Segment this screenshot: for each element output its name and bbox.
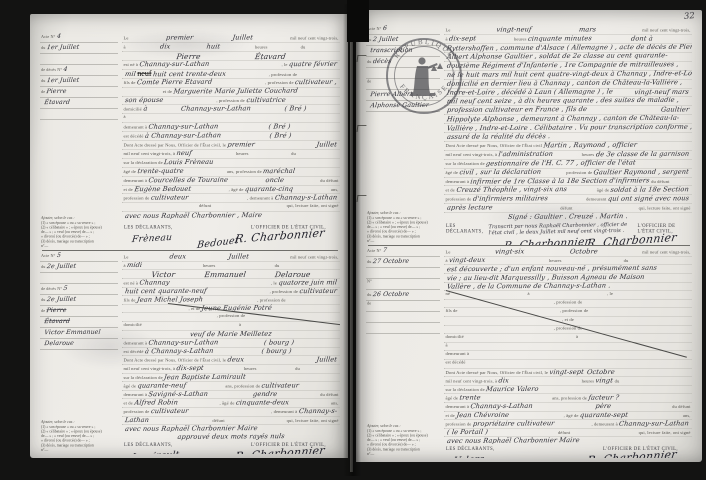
margin-label: du [41,79,45,84]
margin-line: de décès N°4 [40,65,118,76]
printed-text: est né à [124,280,139,285]
printed-text: du défunt [672,404,690,409]
printed-text: âgé de [446,170,458,175]
margin-value: 1er Juillet [46,76,79,84]
printed-text: heures [244,366,257,371]
form-line: né le huit mars mil huit cent quatre-vin… [444,70,692,79]
handwritten-text: assuré de la réalité du décès . [446,133,550,141]
record-acte-4: Acte N°4du1er Juilletde décès N°4du1er J… [40,32,340,250]
handwritten-text: maréchal [263,167,296,175]
handwritten-text: Étavard [254,52,286,61]
handwritten-text: Octobre [570,248,599,256]
margin-value: Pierre [46,87,67,95]
margin-value: Étavard [44,98,71,106]
printed-text: à [527,291,529,296]
form-line: profession decultivateur, demeurant àCha… [122,408,340,417]
printed-text: à [124,114,126,119]
margin-footnote: Ajouter, selon le cas :(1) « son épouse … [40,420,118,454]
printed-text: du défunt [320,178,338,183]
handwritten-text: son épouse [124,96,163,104]
handwritten-text: ( bourg ) [264,339,295,347]
handwritten-text: vingt-deux [449,257,486,265]
form-line: Albert Alphonse Gaultier , soldat de 2e … [444,53,692,62]
handwritten-text: vingt-neuf [496,26,532,34]
handwritten-text: cultivateur , [295,78,338,86]
printed-text: défunt [558,430,570,435]
form-line: et deEugène Bedouet, âgé dequarante-cinq… [122,185,340,194]
margin-value: Pierre [46,306,67,314]
declarant-signature: Lamirault [131,449,180,454]
handwritten-text: Channay-sur-Lathan [139,61,210,69]
printed-text: , et de [562,317,574,322]
handwritten-text: Comte Pierre Étavard [137,78,213,86]
footnote-line: n°— [367,451,437,456]
margin-label: de [367,79,371,84]
form-line: sur la déclaration deLouis Frèneau [122,159,340,168]
record-acte-7: Acte N°7du27 OctobreN°du26 Octobrede Ajo… [366,246,692,458]
officer-signature: R. Charbonnier [234,227,325,246]
margin-line: Acte N°6 [366,24,440,35]
form-line: est décédé [444,360,692,369]
form-line: vie ; au lieu-dit Marquessilly , Buisson… [444,274,692,283]
declarant-signature: A. Robin [196,452,240,454]
form-line: avec nous Raphaël Charbonnier Maire [444,437,692,445]
handwritten-text: Indre-et-Loire , décédé à Laun ( Allemag… [446,88,613,96]
ink-bleed-smudge [481,200,631,235]
printed-text: et de [124,187,133,192]
margin-line: dePierre [40,87,118,98]
scanned-register-viewport: Acte N°4du1er Juilletde décès N°4du1er J… [0,0,706,480]
handwritten-text: dix [498,377,509,385]
margin-line [366,323,440,334]
form-line: LedeuxJuilletmil neuf cent vingt-trois, [122,253,340,262]
margin-line: de [366,301,440,312]
handwritten-text: ( bourg ) [261,348,292,356]
form-line: , profession de [444,325,692,334]
margin-line: Étavard [40,98,118,109]
form-line: demeurant àinfirmier de 1re Classe à la … [444,177,692,186]
printed-text: qui, lecture faite, ont signé [287,418,339,423]
handwritten-text: Vallère , de la Commune de Channay-s-Lat… [446,282,611,290]
form-line: est décédéà Channay-sur-Lathan( Bré ) [122,132,340,141]
printed-text: heures [582,378,595,383]
printed-text: mil neuf cent vingt-trois, à [124,366,176,371]
form-line: sur la déclaration deMaurice Valero [444,386,692,395]
printed-text: demeurant à [446,404,470,409]
form-line: , et deJeune Eugénie Potré [122,305,340,314]
register-page-right: Acte N°6du2 Juillettranscriptiondudécèsd… [356,10,702,462]
handwritten-text: dix-sept [176,365,204,373]
signatures: ValeroChévroineR. Charbonnier [444,452,692,458]
printed-text: heures [203,263,216,268]
handwritten-text: vingt-sept [549,368,584,376]
handwritten-text: vie ; au lieu-dit Marquessilly , Buisson… [446,274,645,282]
printed-text: du [291,151,296,156]
printed-text: demeurant à [446,179,470,184]
form-line: ( le Portail )défuntqui, lecture faite, … [444,428,692,437]
handwritten-text: Louis Frèneau [164,159,214,167]
printed-text: Le [446,250,451,255]
printed-text: est né à [124,62,139,67]
form-line: mil neuf cent vingt-trois, àneufheuresdu [122,150,340,159]
printed-text: heures [549,258,562,263]
record-margin: Acte N°7du27 OctobreN°du26 Octobrede Ajo… [366,246,440,458]
handwritten-text: Juillet [316,141,337,149]
printed-text: ans, [331,401,339,406]
handwritten-text: deux [227,356,245,364]
handwritten-text: trente [459,394,481,402]
form-line: à [122,114,340,123]
printed-text: Le [124,255,129,260]
form-line: avec nous Raphaël Charbonnier , Maire [122,212,340,220]
declarant-signature: Frèneau [131,232,173,245]
form-line: Levingt-neufmarsmil neuf cent vingt-troi… [444,26,692,35]
printed-text: qui, lecture faite, ont signé [639,430,691,435]
margin-line: du26 Octobre [366,290,440,301]
book-spine-shadow [343,4,361,476]
printed-text: à [446,343,448,348]
handwritten-text: mil neuf cent seize , à dix heures quara… [446,97,679,105]
handwritten-text: ( le Portail ) [446,428,488,436]
printed-text: , demeurant à [247,196,273,201]
printed-text: , demeurant à [592,421,618,426]
printed-text: , profession de [270,289,298,294]
printed-text: mil neuf cent vingt-trois, à [124,151,176,156]
printed-text: , le [271,280,277,285]
form-line: demeurant à [444,351,692,360]
margin-line [366,312,440,323]
margin-footnote: Ajouter, selon le cas :(1) « son épouse … [366,211,440,245]
handwritten-text: douzième Régiment d'Infanterie , 1re Com… [446,62,679,70]
handwritten-text: Channay-s- [298,408,337,416]
handwritten-text: mil [124,71,136,79]
form-line: demeurant àChannay-sur-Lathan( Bré ) [122,123,340,132]
page-number: 32 [684,10,696,21]
form-line: fils deComte Pierre Étavard, profession … [122,78,340,87]
handwritten-text: cultivateur [150,194,189,202]
printed-text: défunt [212,418,224,423]
printed-text: demeurant à [124,178,148,183]
margin-label: du [41,298,45,303]
handwritten-text: Maurice Valero [486,386,540,394]
margin-line: du1er Juillet [40,76,118,87]
handwritten-text: quarante-neuf [137,382,187,390]
margin-line: du2e Juillet [40,295,118,306]
official-seal-stamp: RÉPUBLIQUE FRANÇAISE [384,36,464,116]
printed-text: , le [282,62,288,67]
margin-label: du [41,265,45,270]
form-line: Hippolyte Alphonse , demeurant à Channay… [444,115,692,124]
footnote-line: n°— [367,238,437,243]
form-line: fils de, profession de [444,308,692,317]
form-line: approuvé deux mots rayés nuls [122,433,340,441]
register-page-left: Acte N°4du1er Juilletde décès N°4du1er J… [30,14,348,458]
margin-line: du2e Juillet [40,262,118,273]
handwritten-text: approuvé deux mots rayés nuls [177,433,285,441]
form-line: huit cent quarante-neuf, profession decu… [122,287,340,296]
margin-label: de décès N° [41,287,62,292]
handwritten-text: profession cultivateur en France , fils … [446,106,587,114]
handwritten-text: quatre février [288,61,337,69]
form-line: domiciliéàChannay-sur-Lathan( Bré ) [122,105,340,114]
printed-text: profession de [446,197,472,202]
handwritten-text: infirmier de 1re Classe à la 18e Section… [470,177,650,185]
margin-value: 4 [56,32,61,40]
handwritten-text: ( Bré ) [284,105,307,113]
margin-value: 4 [63,65,68,73]
handwritten-text: domicilié en dernier lieu à Channay , ca… [446,79,682,87]
margin-value: 2e Juillet [46,295,76,303]
handwritten-text: vingt-six [494,248,524,256]
handwritten-text: Juillet [228,253,249,261]
handwritten-text: l'administration [498,151,554,159]
printed-text: Dont Acte dressé par Nous, Officier de l… [446,143,543,148]
form-line: douzième Régiment d'Infanterie , 1re Com… [444,62,692,71]
handwritten-text: trente-quatre [137,167,184,175]
margin-lines: Acte N°7du27 OctobreN°du26 Octobrede [366,246,440,334]
handwritten-text: cultivateur [299,287,338,295]
margin-value: 5 [56,251,61,259]
printed-text: heures [514,36,527,41]
margin-line: du1er Juillet [40,43,118,54]
handwritten-text: quarante-cinq [245,185,294,193]
margin-line [366,268,440,279]
printed-text: à [124,263,126,268]
printed-text: heures [255,44,268,49]
margin-label: N° [367,279,372,284]
handwritten-text: Ryttershoffen , commune d'Alsace ( Allem… [446,44,692,52]
printed-text: mil neuf cent vingt-trois, [290,255,338,260]
form-line: à [444,343,692,352]
form-line: sur la déclaration degestionnaire de l'H… [444,159,692,168]
handwritten-text: Octobre [586,368,615,376]
form-line: est découverte ; d'un enfant nouveau-né … [444,265,692,274]
handwritten-text: Marguerite Marie Juliette Couchard [173,87,298,95]
margin-line [40,273,118,284]
handwritten-text: cinquante-deux [235,399,289,407]
form-line: Dont Acte dressé par Nous, Officier de l… [444,142,692,151]
margin-line: dePierre [40,306,118,317]
printed-text: , le [607,291,613,296]
printed-text: Dont Acte dressé par Nous, Officier de l… [446,370,549,375]
body-lines: LepremierJuilletmil neuf cent vingt-troi… [122,32,340,250]
printed-text: du [615,378,620,383]
printed-text: , âgé de [229,187,244,192]
printed-text: ans, profession de [227,169,262,174]
handwritten-text: Victor [151,270,176,279]
handwritten-text: ( Bré ) [268,123,291,131]
record-margin: Acte N°4du1er Juilletde décès N°4du1er J… [40,32,118,250]
handwritten-text: facteur ? [588,394,620,402]
handwritten-text: Martin , Raymond , officier [543,142,637,150]
form-line: défuntqui, lecture faite, ont signé [122,203,340,212]
printed-text: du [624,258,629,263]
handwritten-text: Channay-sur-Lathan [148,123,219,131]
printed-text: demeurant à [446,351,470,356]
margin-label: de décès N° [41,68,62,73]
printed-text: profession de [124,409,150,414]
signatures: R. CharbonnierR. Charbonnier [444,234,692,245]
margin-value: 27 Octobre [372,257,409,265]
handwritten-text: neuf [176,150,192,158]
margin-value: 6 [382,24,387,32]
margin-label: Acte N° [41,35,55,40]
form-line: et deMarguerite Marie Juliette Couchard [122,87,340,96]
printed-text: domicilié [124,107,142,112]
form-line: âgé detrente-quatreans, profession demar… [122,167,340,176]
form-line: àvingt-deuxheuresdu [444,257,692,266]
form-line: est né àChannay-sur-Lathan, lequatre fév… [122,61,340,70]
printed-text: âgé de [597,188,609,193]
printed-text: profession de [124,196,150,201]
handwritten-text: Lathan [124,416,149,424]
handwritten-text: de 3e classe de la garnison [595,151,689,159]
declarant-signature: Valero [453,454,485,458]
form-line: demeurant àSavigné-s-Lathangendredu défu… [122,391,340,400]
printed-text: mil neuf cent vingt-trois, [290,36,338,41]
ink-bleed-smudge [60,324,160,369]
printed-text: fils de [446,308,458,313]
printed-text: à [239,322,241,327]
form-line: àdix-septheurescinquante minutesdont à [444,35,692,44]
handwritten-text: huit cent trente-deux [152,70,226,78]
printed-text: demeurant à [124,124,148,129]
signatures: FrèneauBedouetR. Charbonnier [122,230,340,250]
form-line: fils deJean Michel Joseph, profession de [122,296,340,305]
margin-line [40,54,118,65]
form-line: est né àChannay, lequatorze juin mil [122,279,340,288]
handwritten-text: veuf de Marie Meilletez [190,330,273,338]
form-line: assuré de la réalité du décès . [444,133,692,142]
handwritten-text: cultivatrice [246,96,286,104]
body-lines: Levingt-sixOctobremil neuf cent vingt-tr… [444,246,692,458]
handwritten-text: avec nous Raphaël Charbonnier , Maire [124,212,262,220]
printed-text: du défunt [651,179,669,184]
handwritten-text: Gaultier [660,106,689,114]
printed-text: , profession de [265,80,293,85]
printed-text: ans, profession de [552,396,587,401]
handwritten-text: quatorze juin mil [278,279,338,287]
printed-text: sur la déclaration de [124,375,163,380]
form-line: profession cultivateur en France , fils … [444,106,692,115]
handwritten-text: né le huit mars mil huit cent quatre-vin… [446,70,692,78]
form-line: et deJean Chévroine, âgé dequarante-sept… [444,411,692,420]
handwritten-text: cultivateur [261,382,300,390]
form-line: et deCreuzé Théophile , vingt-six ansâgé… [444,186,692,195]
form-line: néà, le [444,291,692,300]
handwritten-text: Eugène Bedouet [134,185,192,193]
handwritten-text: midi [127,262,143,270]
handwritten-text: Savigné-s-Lathan [148,391,209,399]
printed-text: fils de [124,80,136,85]
margin-label: du [367,260,371,265]
handwritten-text: deux [169,253,187,261]
handwritten-text: à Channay-sur-Lathan [144,132,221,140]
form-line: Dont Acte dressé par Nous, Officier de l… [122,141,340,150]
handwritten-text: neuf [137,70,151,79]
printed-text: du [295,366,300,371]
margin-label: de [41,90,45,95]
printed-text: et de [124,401,133,406]
handwritten-text: premier [227,141,255,149]
margin-label: Acte N° [367,27,381,32]
form-line: Levingt-sixOctobremil neuf cent vingt-tr… [444,248,692,257]
form-line: âgé detrenteans, profession defacteur ? [444,394,692,403]
handwritten-text: Albert Alphonse Gaultier , soldat de 2e … [446,53,668,61]
printed-text: sur la déclaration de [124,160,163,165]
form-line: Dont Acte dressé par Nous, Officier de l… [444,368,692,377]
printed-text: , âgé de [220,401,235,406]
form-line: mil neuf cent seize , à dix heures quara… [444,97,692,106]
form-line: milneufhuit cent trente-deux, profession… [122,70,340,79]
handwritten-text: civil , sur la déclaration [459,168,542,176]
margin-footnote: Ajouter, selon le cas :(1) « son épouse … [366,424,440,458]
form-line: sur la déclaration deJean Baptiste Lamir… [122,373,340,382]
margin-line: Acte N°7 [366,246,440,257]
printed-text: demeurant à [124,392,148,397]
handwritten-text: huit cent quarante-neuf [124,287,207,295]
printed-text: profession de [566,170,592,175]
printed-text: qui, lecture faite, ont signé [287,203,339,208]
handwritten-text: cinquante minutes [528,35,593,43]
margin-value: 5 [63,284,68,292]
form-line: avec nous Raphaël Charbonnier Maire [122,425,340,433]
printed-text: du [301,44,306,49]
handwritten-text: vingt-neuf mars [634,88,689,96]
form-line: demeurant àCourcelles de Touraineoncledu… [122,176,340,185]
printed-text: est décédé [446,360,466,365]
handwritten-text: Creuzé Théophile , vingt-six ans [456,186,568,194]
printed-text: âgé de [124,383,136,388]
form-line: àmidiheuresdu [122,262,340,271]
handwritten-text: Juillet [316,356,337,364]
signatures: LamiraultA. RobinR. Charbonnier [122,448,340,454]
handwritten-text: Alfred Robin [134,399,178,407]
form-line: Indre-et-Loire , décédé à Laun ( Allemag… [444,88,692,97]
form-line: mil neuf cent vingt-trois, àl'administra… [444,151,692,160]
form-line: Lathandéfuntqui, lecture faite, ont sign… [122,416,340,425]
handwritten-text: soldat à la 18e Section [610,186,689,194]
handwritten-text: gendre [252,391,277,399]
form-line: mil neuf cent vingt-trois, àdixheuresvin… [444,377,692,386]
handwritten-text: qui ont signé avec nous [607,195,689,203]
margin-line: du27 Octobre [366,257,440,268]
handwritten-text: Delaroue [275,270,312,279]
handwritten-text: Channay-s-Lathan [274,194,337,202]
printed-text: , profession de [257,297,285,302]
printed-text: mil neuf cent vingt-trois, [642,28,690,33]
printed-text: mil neuf cent vingt-trois, à [446,378,498,383]
margin-label: de [41,309,45,314]
handwritten-text: avec nous Raphaël Charbonnier Maire [124,425,258,433]
scan-canvas: Acte N°4du1er Juilletde décès N°4du1er J… [0,0,706,480]
handwritten-text: gestionnaire de l'H. C. 77 , officier de… [486,159,637,167]
printed-text: et de [446,413,455,418]
handwritten-text: vingt [595,377,613,385]
printed-text: , âgé de [564,413,579,418]
handwritten-text: Channay-sur-Lathan [619,420,690,428]
printed-text: Dont Acte dressé par Nous, Officier de l… [124,142,227,147]
printed-text: sur la déclaration de [446,387,485,392]
margin-line: Acte N°4 [40,32,118,43]
handwritten-text: ( Bré ) [269,132,292,140]
handwritten-text: Hippolyte Alphonse , demeurant à Channay… [446,115,679,123]
printed-text: profession de [446,421,472,426]
form-line: domiciliéà [122,322,340,331]
handwritten-text: à [143,105,148,113]
margin-label: de [367,301,371,306]
printed-text: à [446,258,448,263]
